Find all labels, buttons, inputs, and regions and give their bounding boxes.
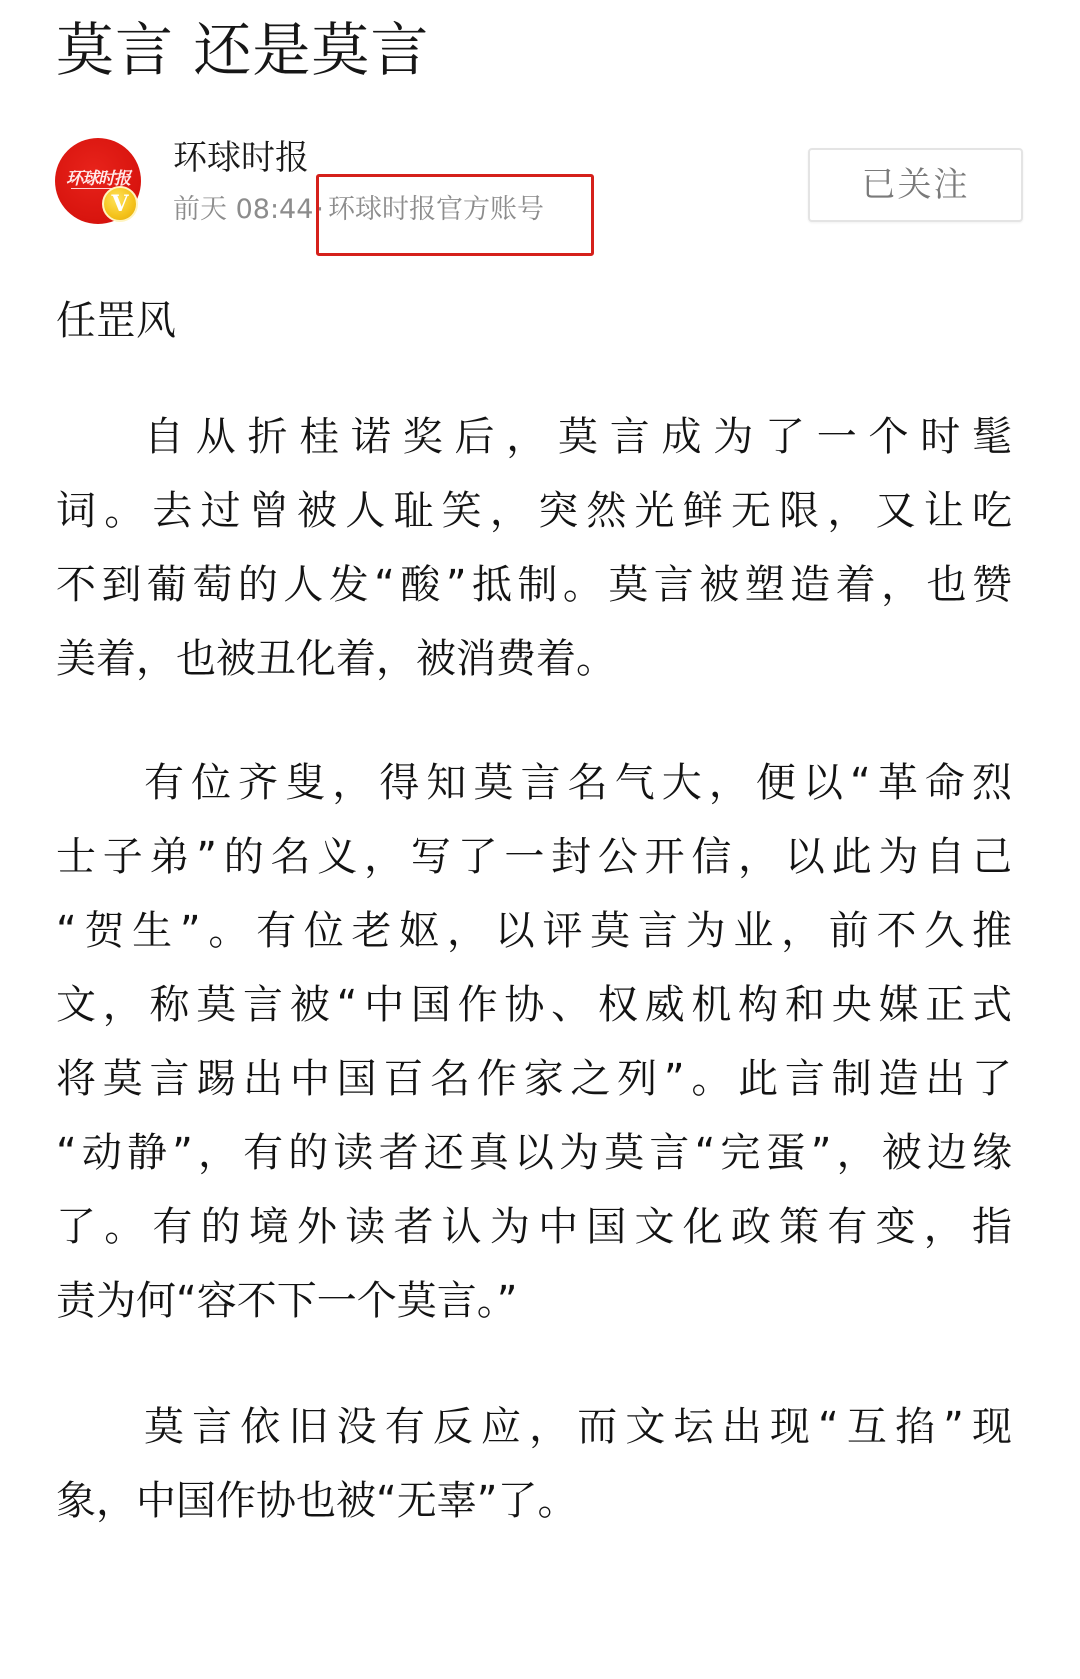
text-line: 莫言依旧没有反应，而文坛出现“互掐”现 xyxy=(56,1390,1012,1464)
article-title: 莫言 还是莫言 xyxy=(56,10,429,90)
text-line: 了。有的境外读者认为中国文化政策有变，指 xyxy=(56,1190,1012,1264)
text-line: 文，称莫言被“中国作协、权威机构和央媒正式 xyxy=(56,968,1012,1042)
follow-button[interactable]: 已关注 xyxy=(808,148,1023,222)
text-line: 士子弟”的名义，写了一封公开信，以此为自己 xyxy=(56,820,1012,894)
author-name[interactable]: 环球时报 xyxy=(173,136,309,180)
text-line: 词。去过曾被人耻笑，突然光鲜无限，又让吃 xyxy=(56,474,1012,548)
paragraph-1: 自从折桂诺奖后，莫言成为了一个时髦 词。去过曾被人耻笑，突然光鲜无限，又让吃 不… xyxy=(56,400,1012,696)
verified-v-icon: V xyxy=(102,186,138,222)
text-line: “动静”，有的读者还真以为莫言“完蛋”，被边缘 xyxy=(56,1116,1012,1190)
text-line: 自从折桂诺奖后，莫言成为了一个时髦 xyxy=(56,400,1012,474)
paragraph-2: 有位齐叟，得知莫言名气大，便以“革命烈 士子弟”的名义，写了一封公开信，以此为自… xyxy=(56,746,1012,1338)
account-type: 环球时报官方账号 xyxy=(328,194,544,225)
text-line: 美着，也被丑化着，被消费着。 xyxy=(56,622,1012,696)
text-line: 将莫言踢出中国百名作家之列”。此言制造出了 xyxy=(56,1042,1012,1116)
post-time: 前天 08:44 xyxy=(173,194,313,225)
text-line: 不到葡萄的人发“酸”抵制。莫言被塑造着，也赞 xyxy=(56,548,1012,622)
post-meta: 前天 08:44·环球时报官方账号 xyxy=(173,192,544,228)
text-line: 责为何“容不下一个莫言。” xyxy=(56,1264,1012,1338)
text-line: 象，中国作协也被“无辜”了。 xyxy=(56,1464,1012,1538)
meta-separator: · xyxy=(315,194,324,225)
text-line: “贺生”。有位老妪，以评莫言为业，前不久推 xyxy=(56,894,1012,968)
text-line: 有位齐叟，得知莫言名气大，便以“革命烈 xyxy=(56,746,1012,820)
article-byline: 任罡风 xyxy=(56,293,176,349)
avatar-logo-text: 环球时报 xyxy=(57,164,139,189)
paragraph-3: 莫言依旧没有反应，而文坛出现“互掐”现 象，中国作协也被“无辜”了。 xyxy=(56,1390,1012,1538)
